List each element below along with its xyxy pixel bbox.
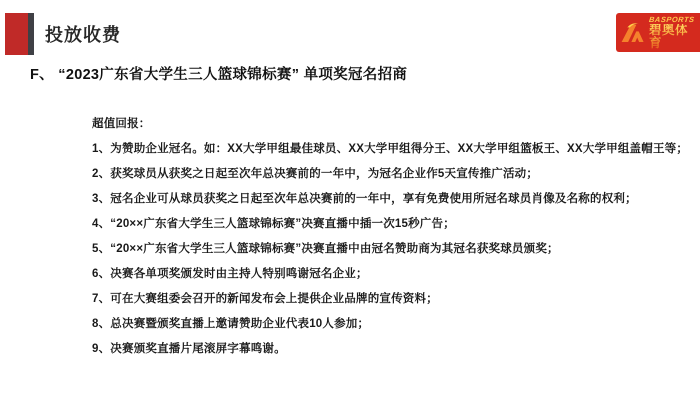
benefit-item: 3、冠名企业可从球员获奖之日起至次年总决赛前的一年中，享有免费使用所冠名球员肖像… [92, 187, 680, 212]
benefit-item: 4、“20××广东省大学生三人篮球锦标赛”决赛直播中插一次15秒广告； [92, 212, 680, 237]
company-logo: BASPORTS 碧奥体育 [616, 13, 700, 52]
logo-mark-icon [620, 22, 646, 44]
benefit-item: 1、为赞助企业冠名。如：XX大学甲组最佳球员、XX大学甲组得分王、XX大学甲组篮… [92, 137, 680, 162]
benefit-item: 2、获奖球员从获奖之日起至次年总决赛前的一年中，为冠名企业作5天宣传推广活动； [92, 162, 680, 187]
header-accent-shadow [28, 13, 34, 55]
logo-name-en: BASPORTS [649, 16, 695, 24]
logo-name-cn: 碧奥体育 [649, 24, 697, 49]
benefits-heading: 超值回报： [92, 112, 680, 137]
benefits-list: 超值回报： 1、为赞助企业冠名。如：XX大学甲组最佳球员、XX大学甲组得分王、X… [92, 112, 680, 362]
benefit-item: 9、决赛颁奖直播片尾滚屏字幕鸣谢。 [92, 337, 680, 362]
header-accent-block [5, 13, 28, 55]
section-title: F、 “2023广东省大学生三人篮球锦标赛” 单项奖冠名招商 [30, 63, 407, 84]
logo-text: BASPORTS 碧奥体育 [649, 16, 697, 50]
benefit-item: 8、总决赛暨颁奖直播上邀请赞助企业代表10人参加； [92, 312, 680, 337]
benefit-item: 7、可在大赛组委会召开的新闻发布会上提供企业品牌的宣传资料； [92, 287, 680, 312]
slide: 投放收费 BASPORTS 碧奥体育 F、 “2023广东省大学生三人篮球锦标赛… [0, 0, 700, 393]
benefit-item: 5、“20××广东省大学生三人篮球锦标赛”决赛直播中由冠名赞助商为其冠名获奖球员… [92, 237, 680, 262]
benefit-item: 6、决赛各单项奖颁发时由主持人特别鸣谢冠名企业； [92, 262, 680, 287]
page-title: 投放收费 [45, 13, 121, 55]
